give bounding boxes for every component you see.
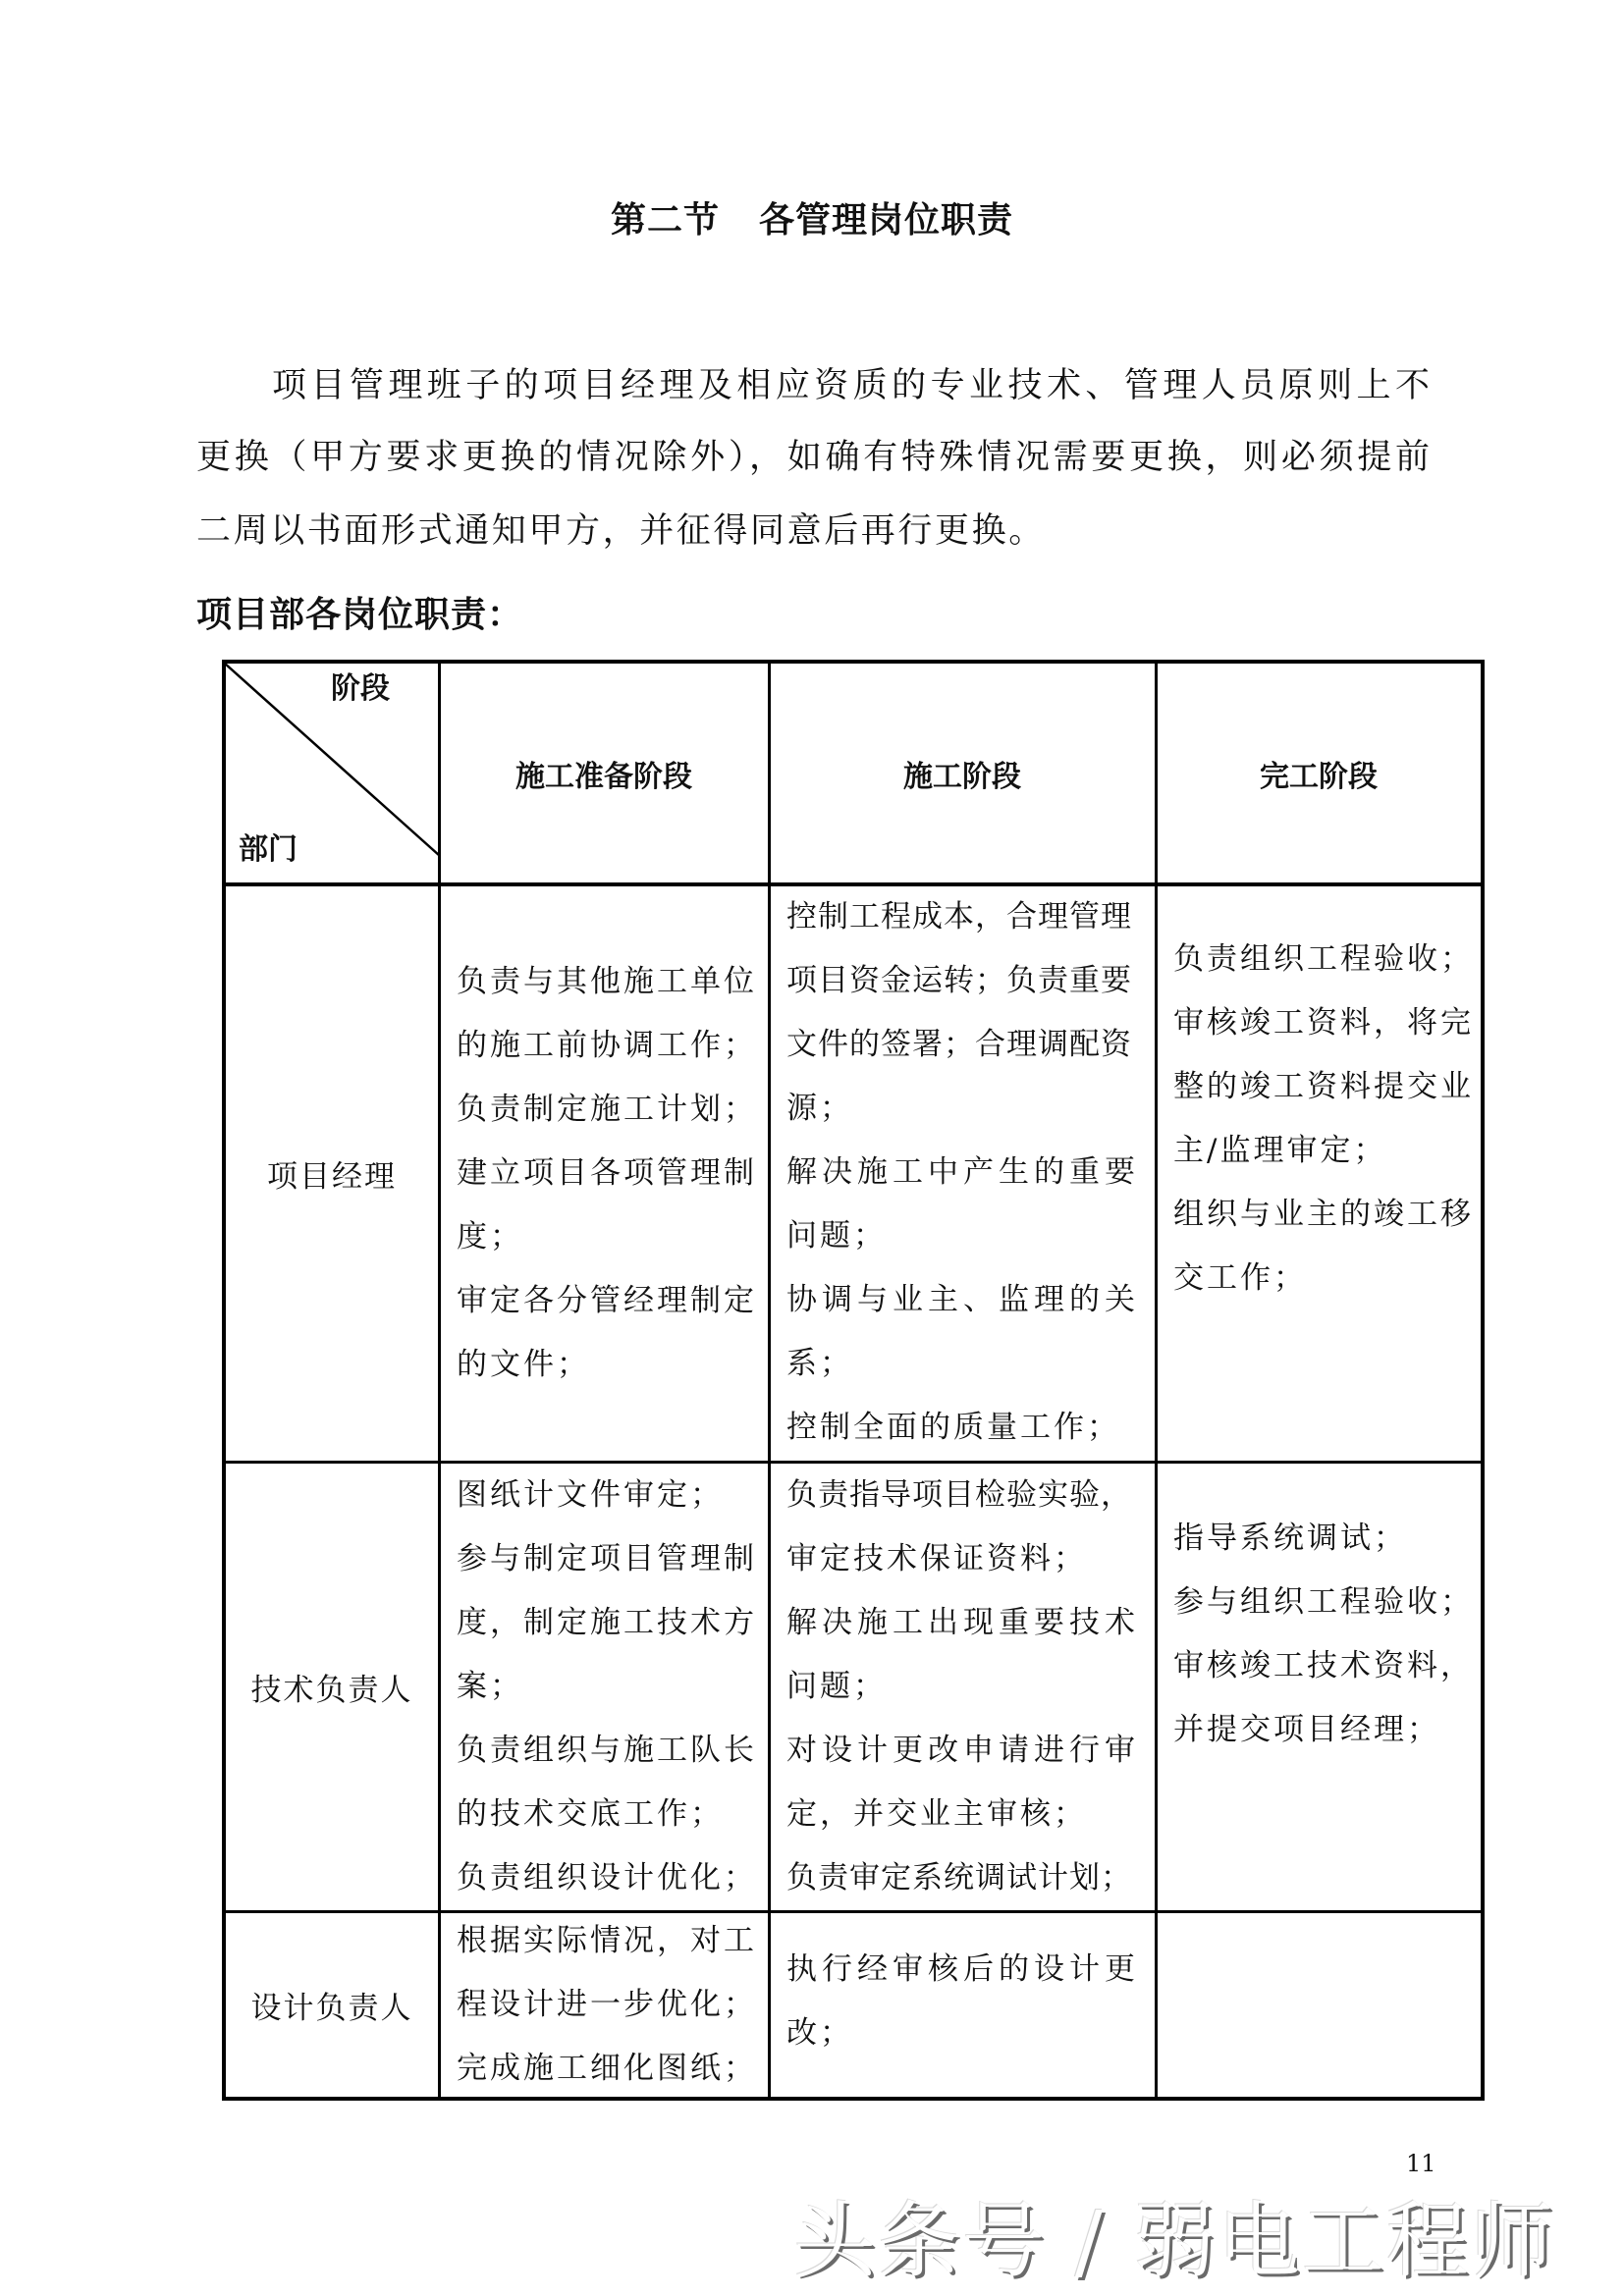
cell-line: 参与制定项目管理制 [457, 1527, 760, 1591]
cell-line: 控制工程成本，合理管理 [786, 885, 1147, 949]
cell-line: 源； [786, 1077, 1147, 1141]
cell-line: 主/监理审定； [1173, 1119, 1473, 1183]
dept-project-manager: 项目经理 [226, 885, 438, 1461]
cell-line: 的施工前协调工作； [457, 1014, 760, 1078]
cell-line: 负责组织工程验收； [1173, 928, 1473, 991]
paragraph-line: 更换（甲方要求更换的情况除外），如确有特殊情况需要更换，则必须提前 [196, 440, 1430, 475]
cell-line: 负责制定施工计划； [457, 1078, 760, 1142]
dept-technical-lead: 技术负责人 [226, 1464, 438, 1910]
cell-line: 执行经审核后的设计更 [786, 1938, 1147, 2002]
cell-line: 完成施工细化图纸； [457, 2037, 760, 2101]
column-header-prep: 施工准备阶段 [440, 664, 768, 883]
section-title: 第二节各管理岗位职责 [0, 192, 1624, 242]
cell-line: 项目资金运转；负责重要 [786, 949, 1147, 1013]
cell-line: 解决施工中产生的重要 [786, 1141, 1147, 1204]
cell-line: 协调与业主、监理的关 [786, 1268, 1147, 1332]
cell-line: 文件的签署；合理调配资 [786, 1013, 1147, 1077]
cell-line: 负责组织设计优化； [457, 1846, 760, 1910]
cell-line: 负责组织与施工队长 [457, 1719, 760, 1783]
cell-line: 的文件； [457, 1333, 760, 1397]
cell-pm-prep: 负责与其他施工单位 的施工前协调工作； 负责制定施工计划； 建立项目各项管理制 … [440, 885, 768, 1461]
cell-line: 度，制定施工技术方 [457, 1591, 760, 1655]
cell-line: 整的竣工资料提交业 [1173, 1055, 1473, 1119]
cell-line: 系； [786, 1332, 1147, 1396]
cell-line: 负责与其他施工单位 [457, 950, 760, 1014]
cell-design-completion [1157, 1913, 1481, 2097]
cell-design-construction: 执行经审核后的设计更 改； [770, 1913, 1155, 2097]
cell-line: 审核竣工资料，将完 [1173, 991, 1473, 1055]
cell-line: 的技术交底工作； [457, 1783, 760, 1846]
paragraph-line: 项目管理班子的项目经理及相应资质的专业技术、管理人员原则上不 [272, 368, 1430, 403]
column-header-construction: 施工阶段 [770, 664, 1155, 883]
cell-line: 程设计进一步优化； [457, 1973, 760, 2037]
cell-line: 控制全面的质量工作； [786, 1396, 1147, 1460]
responsibilities-table: 阶段 部门 施工准备阶段 施工阶段 完工阶段 项目经理 负责与其他施工单位 的施… [222, 660, 1485, 2101]
cell-tech-completion: 指导系统调试； 参与组织工程验收； 审核竣工技术资料， 并提交项目经理； [1157, 1464, 1481, 1910]
column-header-completion: 完工阶段 [1157, 664, 1481, 883]
cell-line: 对设计更改申请进行审 [786, 1719, 1147, 1783]
cell-line: 问题； [786, 1204, 1147, 1268]
cell-tech-prep: 图纸计文件审定； 参与制定项目管理制 度，制定施工技术方 案； 负责组织与施工队… [440, 1464, 768, 1910]
cell-line: 并提交项目经理； [1173, 1698, 1473, 1762]
section-title-text: 各管理岗位职责 [759, 200, 1013, 240]
cell-line: 参与组织工程验收； [1173, 1571, 1473, 1634]
cell-tech-construction: 负责指导项目检验实验， 审定技术保证资料； 解决施工出现重要技术 问题； 对设计… [770, 1464, 1155, 1910]
cell-line: 交工作； [1173, 1247, 1473, 1310]
cell-line: 负责审定系统调试计划； [786, 1846, 1147, 1910]
page-number: 11 [1406, 2150, 1436, 2177]
cell-line: 建立项目各项管理制 [457, 1142, 760, 1205]
cell-line: 解决施工出现重要技术 [786, 1591, 1147, 1655]
cell-line: 组织与业主的竣工移 [1173, 1183, 1473, 1247]
cell-line: 审定各分管经理制定 [457, 1269, 760, 1333]
cell-line: 图纸计文件审定； [457, 1464, 760, 1527]
dept-design-lead: 设计负责人 [226, 1913, 438, 2097]
cell-line: 度； [457, 1205, 760, 1269]
table-heading: 项目部各岗位职责： [196, 587, 523, 637]
cell-line: 根据实际情况，对工 [457, 1909, 760, 1973]
cell-line: 案； [457, 1655, 760, 1719]
cell-line: 指导系统调试； [1173, 1507, 1473, 1571]
watermark: 头条号 / 弱电工程师 [793, 2175, 1555, 2294]
corner-label-stage: 阶段 [331, 664, 390, 707]
cell-line: 负责指导项目检验实验， [786, 1464, 1147, 1527]
cell-pm-construction: 控制工程成本，合理管理 项目资金运转；负责重要 文件的签署；合理调配资 源； 解… [770, 885, 1155, 1461]
cell-design-prep: 根据实际情况，对工 程设计进一步优化； 完成施工细化图纸； [440, 1913, 768, 2097]
corner-label-department: 部门 [239, 825, 298, 868]
section-number: 第二节 [611, 200, 720, 240]
cell-pm-completion: 负责组织工程验收； 审核竣工资料，将完 整的竣工资料提交业 主/监理审定； 组织… [1157, 885, 1481, 1461]
paragraph-line: 二周以书面形式通知甲方，并征得同意后再行更换。 [196, 513, 1430, 549]
cell-line: 改； [786, 2002, 1147, 2065]
cell-line: 定，并交业主审核； [786, 1783, 1147, 1846]
cell-line: 审核竣工技术资料， [1173, 1634, 1473, 1698]
cell-line: 问题； [786, 1655, 1147, 1719]
cell-line: 审定技术保证资料； [786, 1527, 1147, 1591]
